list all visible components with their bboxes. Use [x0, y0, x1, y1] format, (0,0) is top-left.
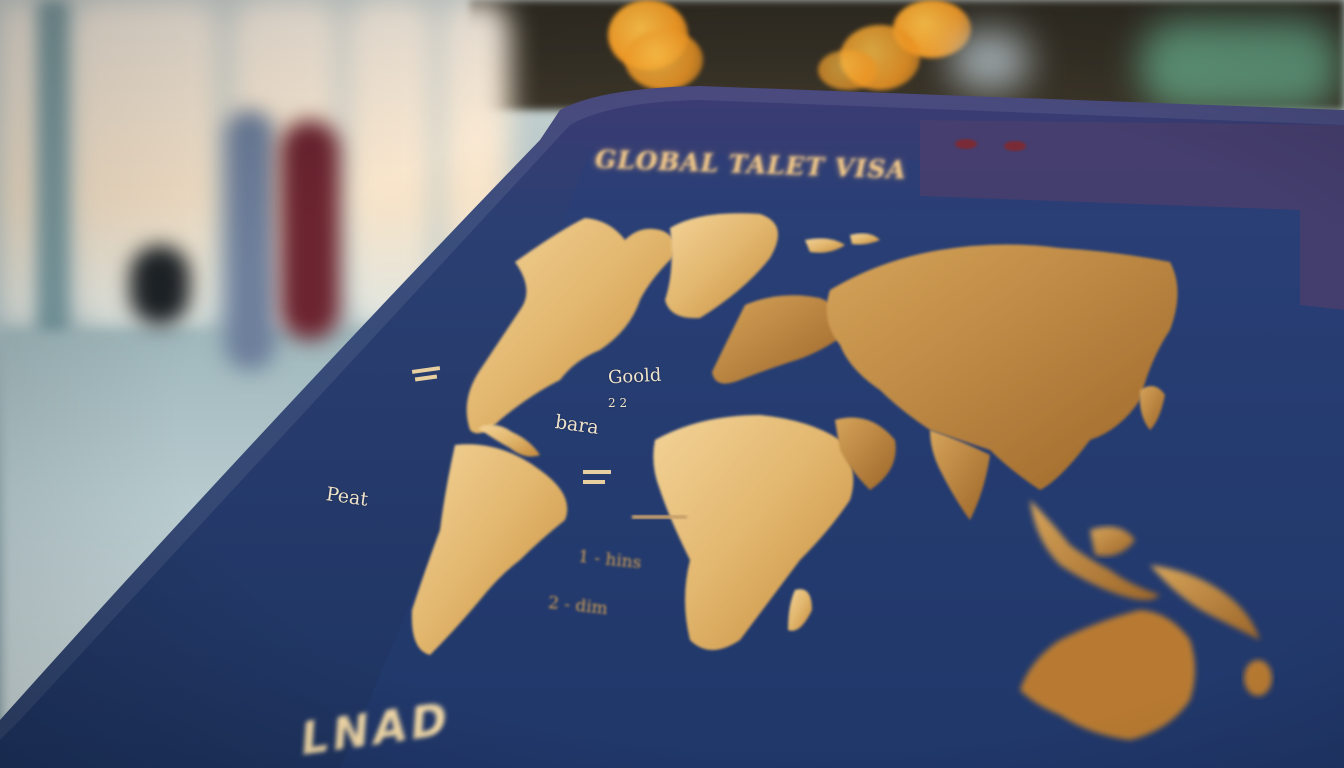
document-cover: GLOBAL TALET VISA Goold 2 2 bara Peat 1 … [0, 0, 1344, 768]
map-label-22: 2 2 [608, 396, 627, 410]
map-label-goold: Goold [607, 365, 661, 389]
document-cover-shape [0, 0, 1344, 768]
photo-scene: GLOBAL TALET VISA Goold 2 2 bara Peat 1 … [0, 0, 1344, 768]
